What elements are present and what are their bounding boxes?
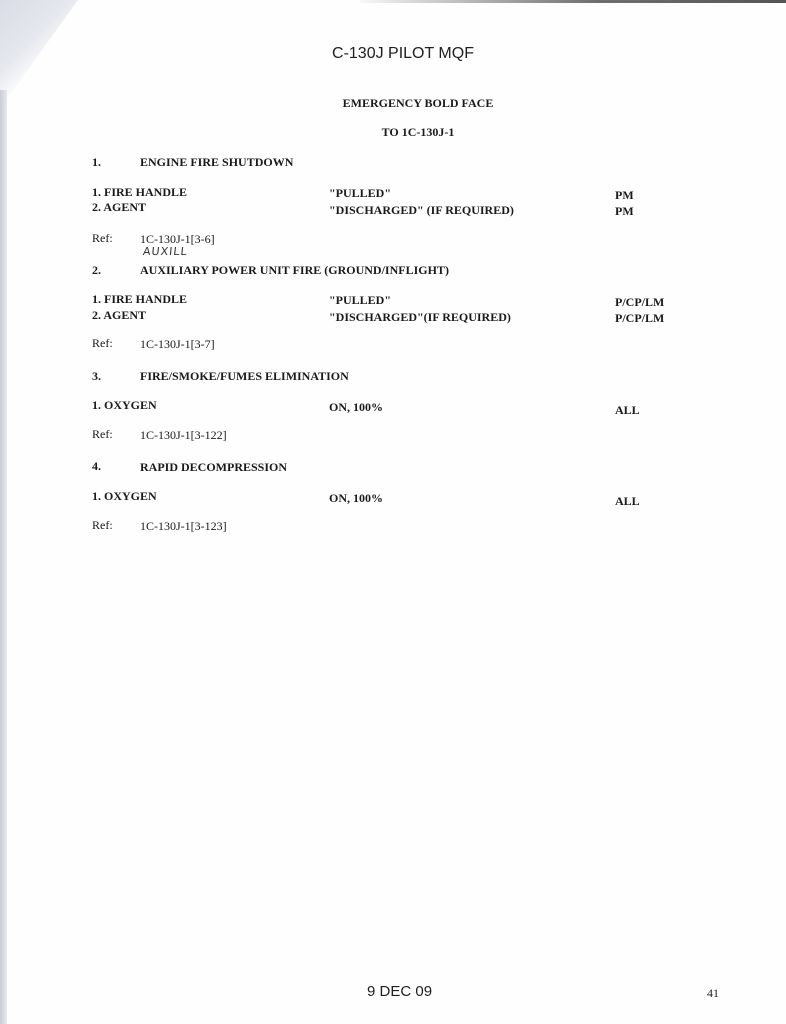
step-action: ON, 100%	[329, 490, 383, 507]
step-action: "PULLED"	[329, 292, 391, 309]
step-item: 1. FIRE HANDLE	[92, 291, 187, 308]
section-title: ENGINE FIRE SHUTDOWN	[140, 155, 293, 170]
ref-label: Ref:	[92, 518, 113, 533]
step-responsible: ALL	[615, 493, 640, 510]
step-action: "DISCHARGED"(IF REQUIRED)	[329, 309, 511, 326]
ref-label: Ref:	[92, 336, 113, 351]
handwritten-annotation: AUXILL	[142, 245, 188, 258]
ref-label: Ref:	[92, 427, 113, 442]
scan-left-edge	[0, 90, 7, 1024]
ref-value: 1C-130J-1[3-123]	[140, 519, 227, 534]
step-responsible: PM	[615, 203, 634, 220]
section-number: 3.	[92, 369, 101, 384]
scan-top-edge	[360, 0, 786, 3]
document-subtitle: EMERGENCY BOLD FACE	[0, 96, 786, 111]
footer-date: 9 DEC 09	[367, 983, 432, 1000]
step-responsible: P/CP/LM	[615, 310, 664, 327]
step-responsible: P/CP/LM	[615, 294, 664, 311]
ref-value: 1C-130J-1[3-122]	[140, 428, 227, 443]
step-item: 2. AGENT	[92, 307, 146, 324]
ref-label: Ref:	[92, 231, 113, 246]
document-title: C-130J PILOT MQF	[0, 45, 786, 63]
page-number: 41	[707, 986, 719, 1001]
section-title: RAPID DECOMPRESSION	[140, 460, 287, 475]
ref-value: 1C-130J-1[3-7]	[140, 337, 215, 352]
step-action: ON, 100%	[329, 399, 383, 416]
step-action: "DISCHARGED" (IF REQUIRED)	[329, 202, 514, 219]
section-number: 2.	[92, 263, 101, 278]
step-action: "PULLED"	[329, 185, 391, 202]
step-item: 1. OXYGEN	[92, 488, 157, 505]
section-number: 4.	[92, 459, 101, 474]
document-reference: TO 1C-130J-1	[0, 125, 786, 140]
step-responsible: PM	[615, 187, 634, 204]
step-item: 2. AGENT	[92, 199, 146, 216]
step-item: 1. OXYGEN	[92, 397, 157, 414]
step-responsible: ALL	[615, 402, 640, 419]
section-title: FIRE/SMOKE/FUMES ELIMINATION	[140, 369, 349, 384]
section-number: 1.	[92, 155, 101, 170]
section-title: AUXILIARY POWER UNIT FIRE (GROUND/INFLIG…	[140, 263, 449, 278]
